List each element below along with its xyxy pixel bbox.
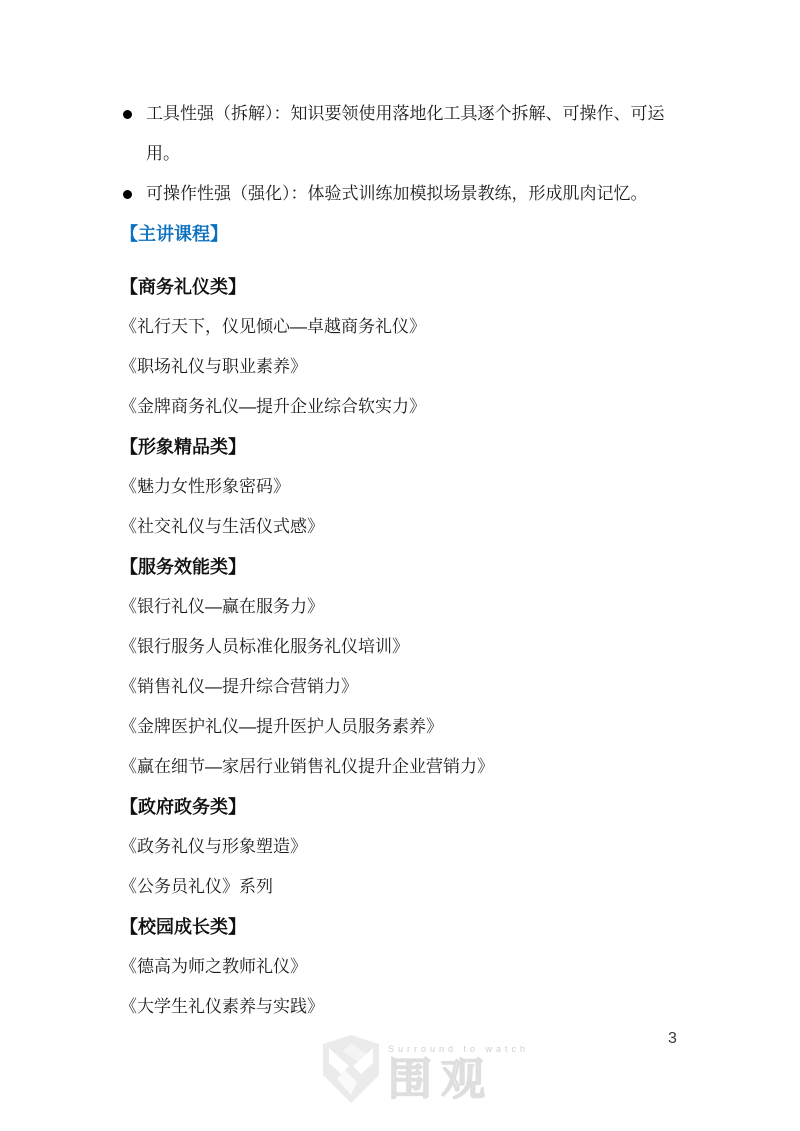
lecture-courses-heading: 【主讲课程】 <box>120 214 680 254</box>
bullet-text: 工具性强（拆解）：知识要领使用落地化工具逐个拆解、可操作、可运用。 <box>146 94 680 174</box>
watermark-tagline: Surround to watch <box>388 1044 529 1054</box>
section-title: 【服务效能类】 <box>120 547 680 587</box>
section-title: 【政府政务类】 <box>120 787 680 827</box>
bullet-text: 可操作性强（强化）：体验式训练加模拟场景教练，形成肌肉记忆。 <box>146 174 680 214</box>
course-title: 《赢在细节—家居行业销售礼仪提升企业营销力》 <box>120 747 680 787</box>
section-title: 【形象精品类】 <box>120 427 680 467</box>
document-page: 工具性强（拆解）：知识要领使用落地化工具逐个拆解、可操作、可运用。 可操作性强（… <box>0 0 800 1131</box>
course-title: 《大学生礼仪素养与实践》 <box>120 987 680 1027</box>
course-title: 《金牌商务礼仪—提升企业综合软实力》 <box>120 387 680 427</box>
course-title: 《金牌医护礼仪—提升医护人员服务素养》 <box>120 707 680 747</box>
watermark-text-block: Surround to watch 围观 <box>388 1035 529 1103</box>
shield-logo-icon <box>323 1035 379 1103</box>
course-title: 《银行服务人员标准化服务礼仪培训》 <box>120 627 680 667</box>
page-content: 工具性强（拆解）：知识要领使用落地化工具逐个拆解、可操作、可运用。 可操作性强（… <box>120 94 680 1027</box>
watermark: Surround to watch 围观 <box>323 1035 529 1103</box>
watermark-logo-text: 围观 <box>388 1057 529 1103</box>
bullet-icon <box>123 190 132 199</box>
course-sections: 【商务礼仪类】《礼行天下，仪见倾心—卓越商务礼仪》《职场礼仪与职业素养》《金牌商… <box>120 267 680 1027</box>
course-title: 《德高为师之教师礼仪》 <box>120 947 680 987</box>
course-title: 《公务员礼仪》系列 <box>120 867 680 907</box>
course-title: 《银行礼仪—赢在服务力》 <box>120 587 680 627</box>
section-title: 【商务礼仪类】 <box>120 267 680 307</box>
bullet-icon <box>123 110 132 119</box>
course-title: 《销售礼仪—提升综合营销力》 <box>120 667 680 707</box>
bullet-item: 工具性强（拆解）：知识要领使用落地化工具逐个拆解、可操作、可运用。 <box>120 94 680 174</box>
course-title: 《政务礼仪与形象塑造》 <box>120 827 680 867</box>
section-title: 【校园成长类】 <box>120 907 680 947</box>
course-title: 《礼行天下，仪见倾心—卓越商务礼仪》 <box>120 307 680 347</box>
course-title: 《社交礼仪与生活仪式感》 <box>120 507 680 547</box>
page-number: 3 <box>668 1030 677 1048</box>
course-title: 《魅力女性形象密码》 <box>120 467 680 507</box>
course-title: 《职场礼仪与职业素养》 <box>120 347 680 387</box>
bullet-item: 可操作性强（强化）：体验式训练加模拟场景教练，形成肌肉记忆。 <box>120 174 680 214</box>
